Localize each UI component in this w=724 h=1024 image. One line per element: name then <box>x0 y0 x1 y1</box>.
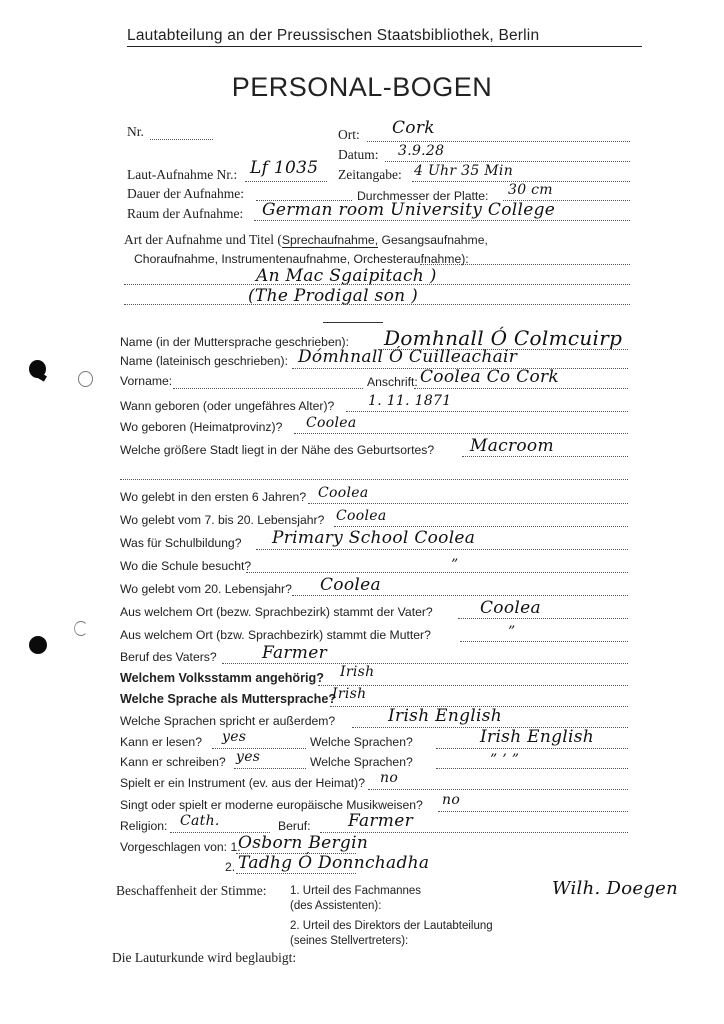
punch-hole-bottom <box>29 636 47 654</box>
wo-geboren-value: Coolea <box>306 415 356 431</box>
muttersprache-label: Welche Sprache als Muttersprache? <box>120 692 336 706</box>
beglaubigt-label: Die Lauturkunde wird beglaubigt: <box>112 950 296 966</box>
name-latin-label: Name (lateinisch geschrieben): <box>120 354 288 368</box>
raum-label: Raum der Aufnahme: <box>127 206 243 222</box>
mutter-ort-field[interactable] <box>460 641 628 642</box>
art-field[interactable] <box>420 264 630 265</box>
anschrift-field[interactable] <box>414 388 628 389</box>
anschrift-label: Anschrift: <box>367 375 418 389</box>
anschrift-value: Coolea Co Cork <box>420 367 559 387</box>
wo-geboren-label: Wo geboren (Heimatprovinz)? <box>120 420 282 434</box>
vater-ort-label: Aus welchem Ort (bezw. Sprachbezirk) sta… <box>120 605 433 619</box>
schule-value: ” <box>451 557 458 573</box>
ort-label: Ort: <box>338 127 360 143</box>
divider <box>323 322 383 323</box>
art-label-part2: Gesangsaufnahme, <box>378 233 488 247</box>
instrument-label: Spielt er ein Instrument (ev. aus der He… <box>120 776 365 790</box>
beruf-vater-label: Beruf des Vaters? <box>120 650 217 664</box>
erste-jahre-field[interactable] <box>308 503 628 504</box>
schreiben-label: Kann er schreiben? <box>120 755 226 769</box>
geboren-field[interactable] <box>346 411 628 412</box>
punch-ring-bottom <box>74 621 88 636</box>
lesen-label: Kann er lesen? <box>120 735 202 749</box>
ort-value: Cork <box>392 118 435 138</box>
nr-label: Nr. <box>127 124 144 140</box>
schreiben-value: yes <box>236 749 260 765</box>
geboren-value: 1. 11. 1871 <box>368 393 451 409</box>
punch-hole-tail <box>37 372 47 381</box>
title-line-2: (The Prodigal son ) <box>248 286 418 306</box>
datum-field[interactable] <box>385 161 630 162</box>
raum-value: German room University College <box>262 200 555 220</box>
datum-label: Datum: <box>338 147 379 163</box>
lesen-sprachen-label: Welche Sprachen? <box>310 735 413 749</box>
schule-label: Wo die Schule besucht? <box>120 559 251 573</box>
volksstamm-label: Welchem Volksstamm angehörig? <box>120 671 324 685</box>
art-label-selected: Sprechaufnahme, <box>282 233 378 248</box>
beruf-value: Farmer <box>348 811 413 831</box>
schulbildung-field[interactable] <box>256 549 628 550</box>
vater-ort-value: Coolea <box>480 598 541 618</box>
laut-nr-field[interactable] <box>245 181 327 182</box>
religion-label: Religion: <box>120 819 167 833</box>
ausserdem-label: Welche Sprachen spricht er außerdem? <box>120 714 335 728</box>
stadt-field[interactable] <box>462 456 628 457</box>
vorname-label: Vorname: <box>120 374 172 388</box>
musik-value: no <box>442 792 460 808</box>
vater-ort-field[interactable] <box>458 618 628 619</box>
urteil1-line1: 1. Urteil des Fachmannes <box>290 885 421 897</box>
beruf-label: Beruf: <box>278 819 311 833</box>
ort-field[interactable] <box>367 141 630 142</box>
ab20-label: Wo gelebt vom 20. Lebensjahr? <box>120 582 292 596</box>
urteil1-line2: (des Assistenten): <box>290 900 381 912</box>
erste-jahre-label: Wo gelebt in den ersten 6 Jahren? <box>120 490 306 504</box>
geboren-label: Wann geboren (oder ungefähres Alter)? <box>120 399 334 413</box>
vorgeschlagen-2-field[interactable] <box>236 873 356 874</box>
lesen-value: yes <box>222 729 246 745</box>
schreiben-sprachen-value: ” ’ ” <box>490 752 519 768</box>
lesen-sprachen-field[interactable] <box>436 748 628 749</box>
ab20-value: Coolea <box>320 575 381 595</box>
nr-field[interactable] <box>150 139 213 140</box>
religion-value: Cath. <box>180 813 220 829</box>
musik-field[interactable] <box>438 811 628 812</box>
laut-nr-label: Laut-Aufnahme Nr.: <box>127 167 237 183</box>
durchmesser-value: 30 cm <box>508 182 553 198</box>
art-label-line2: Choraufnahme, Instrumentenaufnahme, Orch… <box>134 252 469 266</box>
ab20-field[interactable] <box>292 595 628 596</box>
schulbildung-value: Primary School Coolea <box>272 528 475 548</box>
signature: Wilh. Doegen <box>552 878 678 899</box>
jugend-label: Wo gelebt vom 7. bis 20. Lebensjahr? <box>120 513 324 527</box>
instrument-field[interactable] <box>368 789 628 790</box>
urteil2-line2: (seines Stellvertreters): <box>290 935 408 947</box>
schreiben-field[interactable] <box>234 768 306 769</box>
institution-header: Lautabteilung an der Preussischen Staats… <box>127 27 642 47</box>
vorgeschlagen-label: Vorgeschlagen von: 1. <box>120 840 241 854</box>
stadt-label: Welche größere Stadt liegt in der Nähe d… <box>120 443 434 457</box>
voice-label: Beschaffenheit der Stimme: <box>116 883 266 899</box>
lesen-sprachen-value: Irish English <box>480 727 594 747</box>
art-label-part1: Art der Aufnahme und Titel ( <box>124 232 282 247</box>
punch-ring-top <box>78 371 93 387</box>
schule-field[interactable] <box>246 572 628 573</box>
name-latin-value: Dómhnall Ó Cuilleachair <box>298 347 517 367</box>
datum-value: 3.9.28 <box>398 143 444 159</box>
schreiben-sprachen-field[interactable] <box>436 768 628 769</box>
stadt-field-2[interactable] <box>120 479 628 480</box>
beruf-vater-value: Farmer <box>262 643 327 663</box>
muttersprache-value: Irish <box>332 686 366 702</box>
raum-field[interactable] <box>254 220 630 221</box>
volksstamm-value: Irish <box>340 664 374 680</box>
musik-label: Singt oder spielt er moderne europäische… <box>120 798 423 812</box>
vorgeschlagen-2-label: 2. <box>225 860 235 874</box>
vorname-field[interactable] <box>173 388 363 389</box>
laut-nr-value: Lf 1035 <box>250 158 318 178</box>
urteil2-line1: 2. Urteil des Direktors der Lautabteilun… <box>290 920 493 932</box>
form-title: PERSONAL-BOGEN <box>0 72 724 103</box>
ausserdem-value: Irish English <box>388 706 502 726</box>
zeitangabe-label: Zeitangabe: <box>338 167 402 183</box>
vorgeschlagen-2-value: Tadhg Ó Donnchadha <box>238 853 429 873</box>
wo-geboren-field[interactable] <box>294 433 628 434</box>
vorgeschlagen-1-value: Osborn Bergin <box>238 833 368 853</box>
zeitangabe-value: 4 Uhr 35 Min <box>414 163 513 179</box>
jugend-field[interactable] <box>334 526 628 527</box>
erste-jahre-value: Coolea <box>318 485 368 501</box>
title-line-1: An Mac Sgaipitach ) <box>256 266 437 286</box>
mutter-ort-value: ” <box>508 624 515 640</box>
mutter-ort-label: Aus welchem Ort (bzw. Sprachbezirk) stam… <box>120 628 431 642</box>
beruf-vater-field[interactable] <box>222 663 628 664</box>
schreiben-sprachen-label: Welche Sprachen? <box>310 755 413 769</box>
schulbildung-label: Was für Schulbildung? <box>120 536 242 550</box>
jugend-value: Coolea <box>336 508 386 524</box>
art-label: Art der Aufnahme und Titel (Sprechaufnah… <box>124 232 488 248</box>
stadt-value: Macroom <box>470 436 554 456</box>
dauer-label: Dauer der Aufnahme: <box>127 186 244 202</box>
instrument-value: no <box>380 770 398 786</box>
